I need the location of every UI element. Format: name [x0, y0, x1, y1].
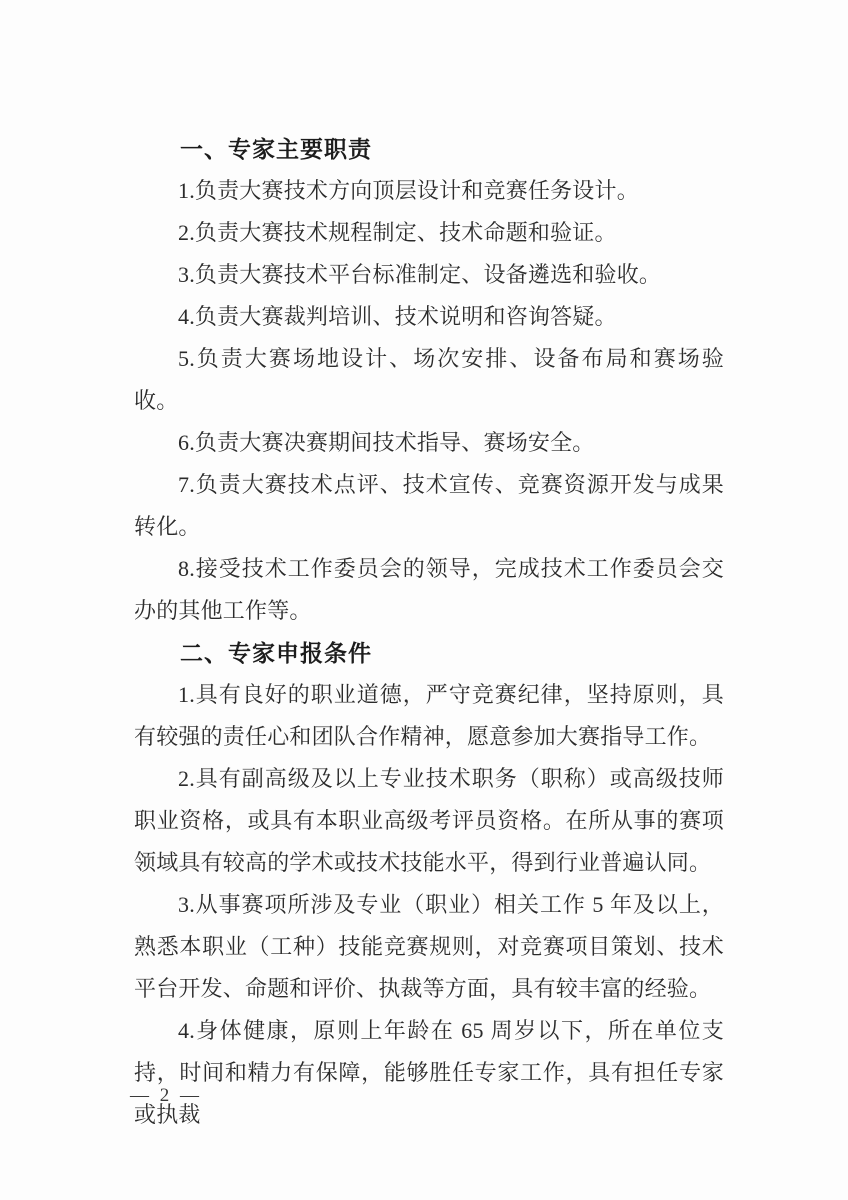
document-page: 一、专家主要职责 1.负责大赛技术方向顶层设计和竞赛任务设计。 2.负责大赛技术… [0, 0, 848, 1200]
section-2-item-3: 3.从事赛项所涉及专业（职业）相关工作 5 年及以上，熟悉本职业（工种）技能竞赛… [134, 884, 724, 1010]
section-2-item-2: 2.具有副高级及以上专业技术职务（职称）或高级技师职业资格，或具有本职业高级考评… [134, 758, 724, 884]
section-1-item-3: 3.负责大赛技术平台标准制定、设备遴选和验收。 [134, 254, 724, 296]
section-2-item-1: 1.具有良好的职业道德，严守竞赛纪律，坚持原则，具有较强的责任心和团队合作精神，… [134, 674, 724, 758]
page-number: — 2 — [130, 1082, 202, 1110]
section-1-item-4: 4.负责大赛裁判培训、技术说明和咨询答疑。 [134, 296, 724, 338]
section-1-item-8: 8.接受技术工作委员会的领导，完成技术工作委员会交办的其他工作等。 [134, 548, 724, 632]
section-1-item-5: 5.负责大赛场地设计、场次安排、设备布局和赛场验收。 [134, 338, 724, 422]
section-2-heading: 二、专家申报条件 [134, 632, 724, 674]
section-1-item-7: 7.负责大赛技术点评、技术宣传、竞赛资源开发与成果转化。 [134, 464, 724, 548]
section-1-heading: 一、专家主要职责 [134, 128, 724, 170]
document-body: 一、专家主要职责 1.负责大赛技术方向顶层设计和竞赛任务设计。 2.负责大赛技术… [134, 128, 724, 1136]
section-1-item-2: 2.负责大赛技术规程制定、技术命题和验证。 [134, 212, 724, 254]
section-1-item-6: 6.负责大赛决赛期间技术指导、赛场安全。 [134, 422, 724, 464]
section-2-item-4: 4.身体健康，原则上年龄在 65 周岁以下，所在单位支持，时间和精力有保障，能够… [134, 1010, 724, 1136]
section-1-item-1: 1.负责大赛技术方向顶层设计和竞赛任务设计。 [134, 170, 724, 212]
